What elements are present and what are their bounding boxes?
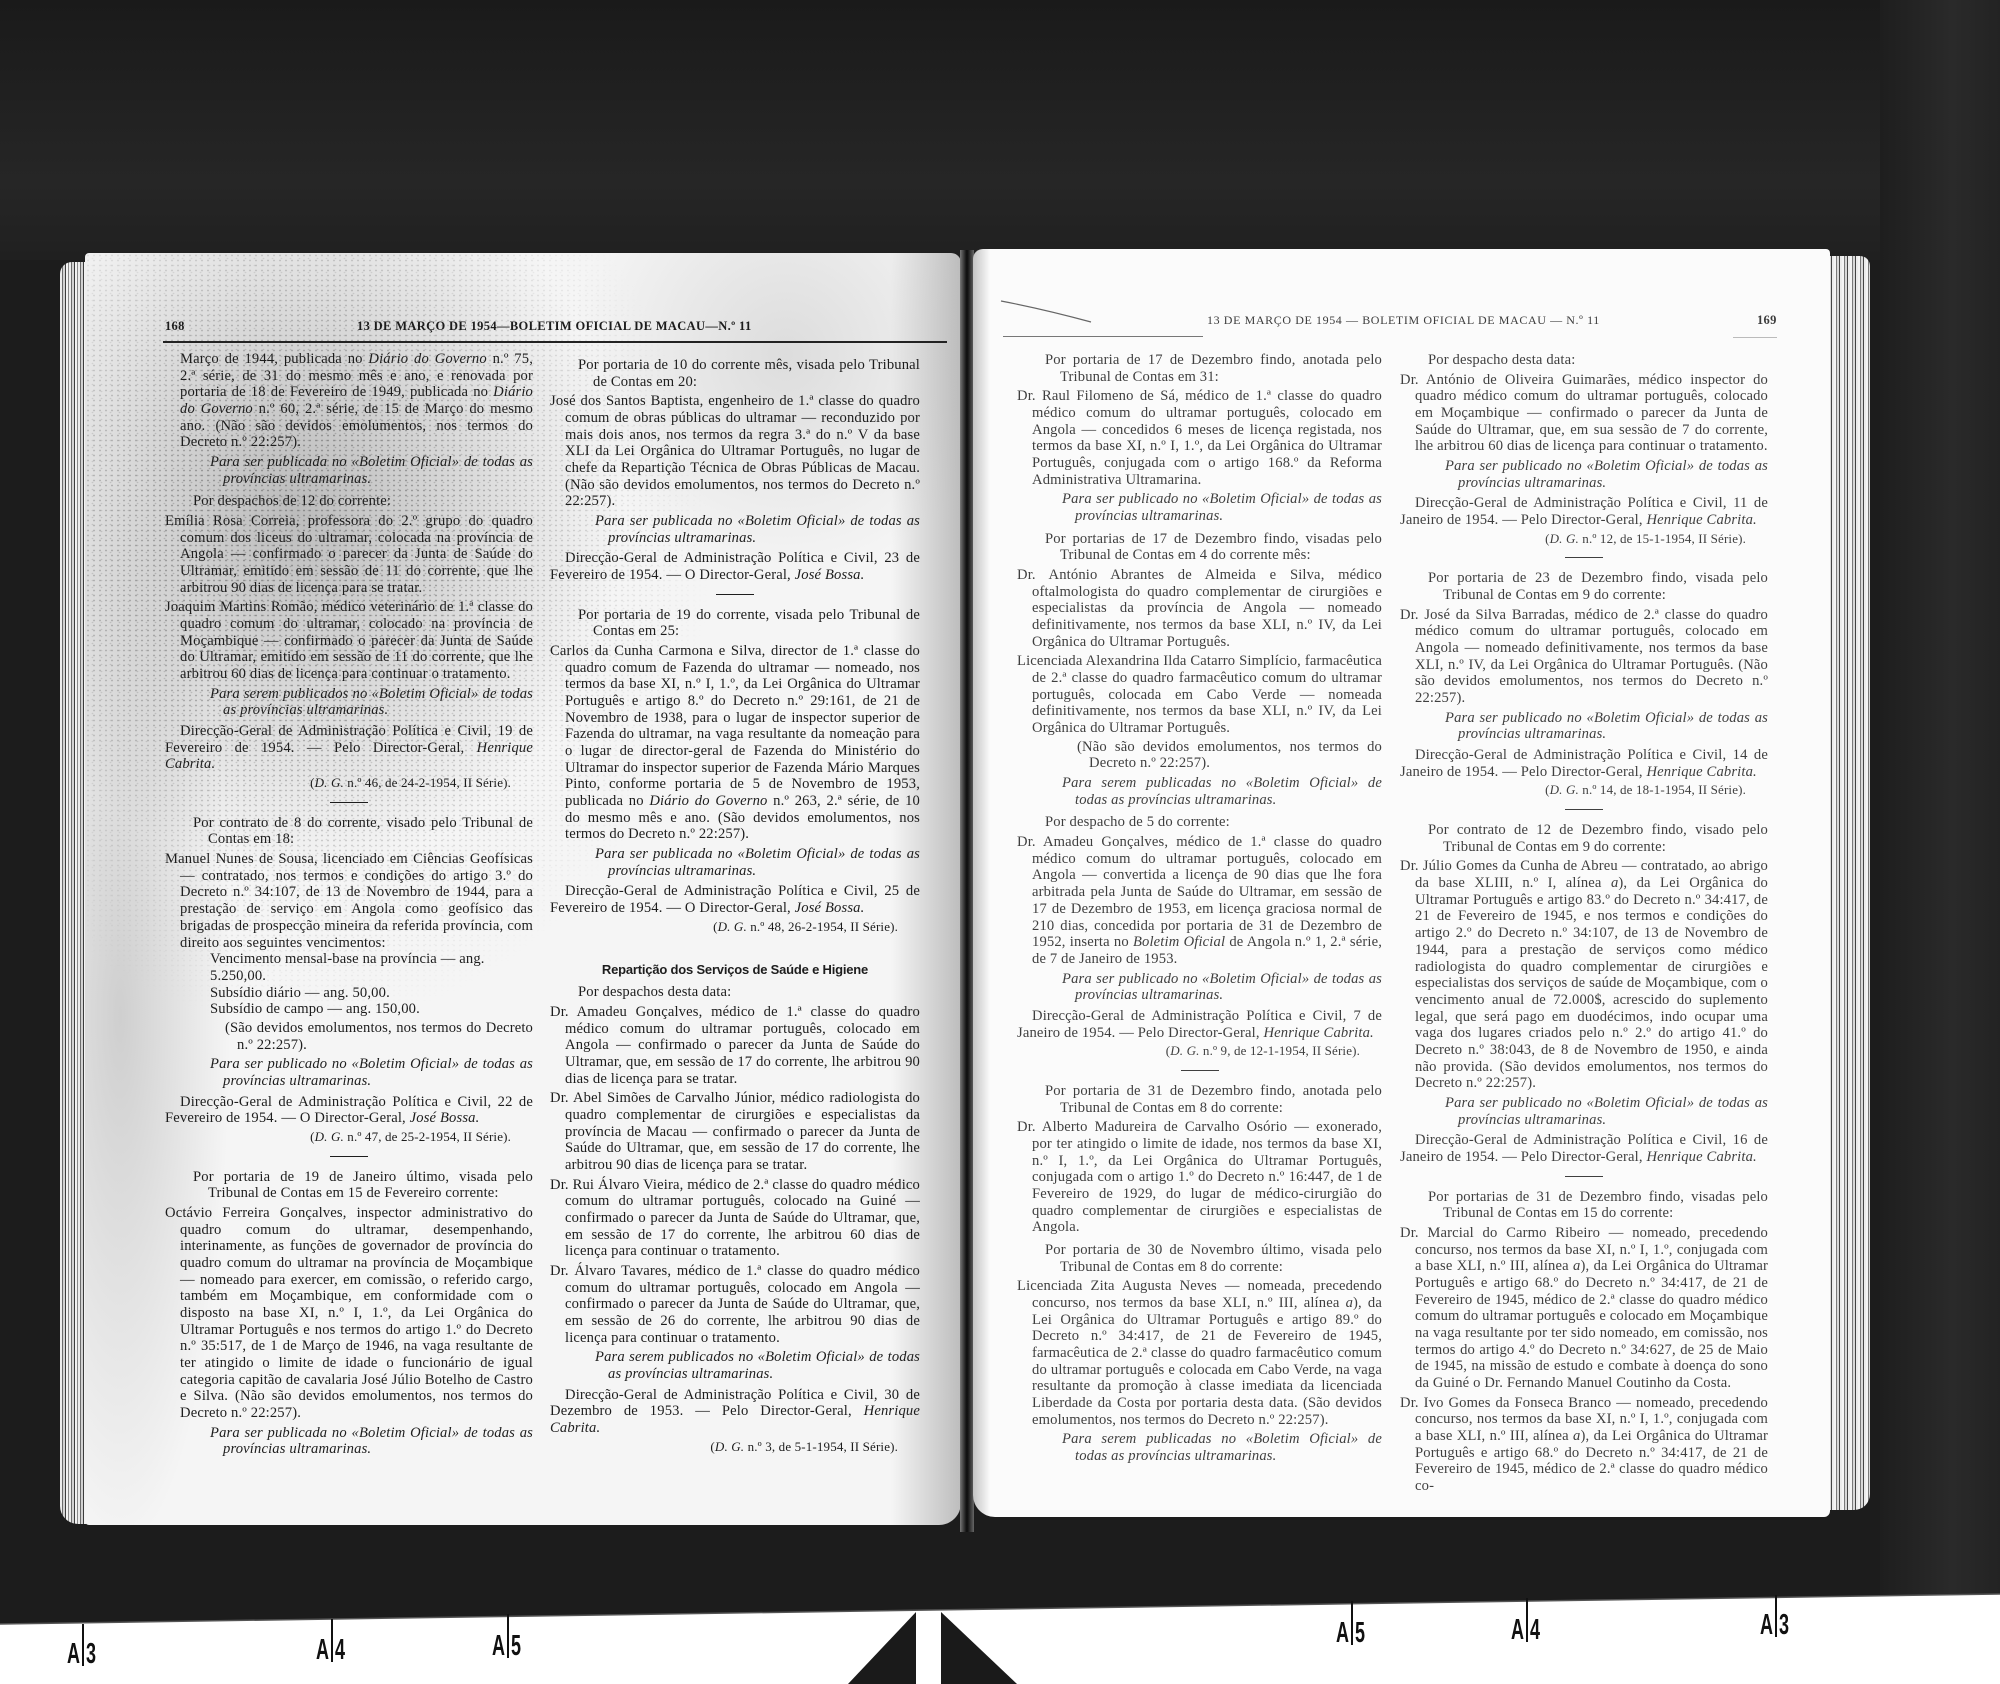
section-divider — [1565, 809, 1603, 810]
section-divider — [330, 802, 368, 803]
publication-note: Para serem publicadas no «Boletim Oficia… — [1017, 1431, 1382, 1464]
marker-tick — [1351, 1601, 1353, 1645]
publication-note: Para serem publicados no «Boletim Oficia… — [165, 686, 533, 719]
marker-letter: A — [1511, 1616, 1524, 1645]
emoluments-note: (Não são devidos emolumentos, nos termos… — [1017, 739, 1382, 772]
gazette-reference: (D. G. n.º 14, de 18-1-1954, II Série). — [1400, 782, 1768, 799]
signature-line: Direcção-Geral de Administração Política… — [1400, 747, 1768, 780]
marker-letter: A — [1760, 1611, 1773, 1640]
text-run: n.º 9, de 12-1-1954, II Série). — [1200, 1043, 1360, 1058]
marker-tick — [1775, 1595, 1777, 1637]
dispatch-intro: Por portarias de 17 de Dezembro findo, v… — [1017, 531, 1382, 564]
publication-note: Para serem publicadas no «Boletim Oficia… — [1017, 775, 1382, 808]
italic-run: Henrique Cabrita. — [1263, 1025, 1373, 1041]
italic-run: D. G. — [1170, 1043, 1199, 1058]
signature-line: Direcção-Geral de Administração Política… — [550, 1387, 920, 1437]
marker-tick — [331, 1619, 333, 1662]
dispatch-intro: Por despacho desta data: — [1400, 352, 1768, 369]
publication-note: Para ser publicado no «Boletim Oficial» … — [1017, 491, 1382, 524]
text-column-2: Por despacho desta data:Dr. António de O… — [1400, 346, 1768, 1495]
appointment-entry: Licenciada Zita Augusta Neves — nomeada,… — [1017, 1278, 1382, 1428]
publication-note: Para ser publicado no «Boletim Oficial» … — [1400, 458, 1768, 491]
dispatch-intro: Por portaria de 23 de Dezembro findo, vi… — [1400, 570, 1768, 603]
section-heading: Repartição dos Serviços de Saúde e Higie… — [550, 962, 920, 979]
italic-run: a — [1573, 1258, 1580, 1274]
dispatch-intro: Por portaria de 31 de Dezembro findo, an… — [1017, 1083, 1382, 1116]
italic-run: José Bossa. — [795, 567, 865, 583]
dispatch-intro: Por portaria de 17 de Dezembro findo, an… — [1017, 352, 1382, 385]
marker-number: 4 — [1530, 1616, 1540, 1645]
marker-number: 3 — [86, 1640, 96, 1669]
marker-number: 3 — [1779, 1611, 1789, 1640]
appointment-entry: Dr. Abel Simões de Carvalho Júnior, médi… — [550, 1090, 920, 1173]
marker-number: 5 — [511, 1632, 521, 1661]
section-divider — [1565, 557, 1603, 558]
marker-letter: A — [492, 1632, 505, 1661]
publication-note: Para ser publicada no «Boletim Oficial» … — [550, 513, 920, 546]
dispatch-intro: Por despachos desta data: — [550, 984, 920, 1001]
italic-run: D. G. — [1550, 531, 1579, 546]
gazette-reference: (D. G. n.º 48, 26-2-1954, II Série). — [550, 919, 920, 936]
appointment-entry: Manuel Nunes de Sousa, licenciado em Ciê… — [165, 851, 533, 951]
italic-run: D. G. — [718, 919, 747, 934]
text-run: ), da Lei Orgânica do Ultramar Português… — [1032, 1295, 1382, 1428]
appointment-entry: Dr. Alberto Madureira de Carvalho Osório… — [1017, 1119, 1382, 1236]
dispatch-intro: Por despacho de 5 do corrente: — [1017, 814, 1382, 831]
dispatch-intro: Por portaria de 19 do corrente, visada p… — [550, 607, 920, 640]
text-run: Carlos da Cunha Carmona e Silva, directo… — [550, 643, 920, 809]
stacked-page-edges-right — [1826, 256, 1870, 1510]
left-page: 168 13 DE MARÇO DE 1954—BOLETIM OFICIAL … — [85, 253, 961, 1525]
section-divider — [716, 594, 754, 595]
text-column-1: Março de 1944, publicada no Diário do Go… — [165, 351, 533, 1462]
text-run: n.º 46, de 24-2-1954, II Série). — [344, 775, 511, 790]
italic-run: Henrique Cabrita. — [1646, 512, 1756, 528]
appointment-entry: Emília Rosa Correia, professora do 2.º g… — [165, 513, 533, 596]
marker-tick — [82, 1624, 84, 1666]
header-rule-fragment — [1733, 337, 1777, 338]
italic-run: D. G. — [715, 1439, 744, 1454]
marker-letter: A — [67, 1640, 80, 1669]
italic-run: Diário do Governo — [649, 793, 767, 809]
appointment-entry: Octávio Ferreira Gonçalves, inspector ad… — [165, 1205, 533, 1422]
signature-line: Direcção-Geral de Administração Política… — [1400, 495, 1768, 528]
salary-line: Subsídio diário — ang. 50,00. — [165, 985, 533, 1002]
appointment-entry: Dr. Ivo Gomes da Fonseca Branco — nomead… — [1400, 1395, 1768, 1495]
dispatch-intro: Por portarias de 31 de Dezembro findo, v… — [1400, 1189, 1768, 1222]
publication-note: Para ser publicada no «Boletim Oficial» … — [550, 846, 920, 879]
marker-letter: A — [316, 1636, 329, 1665]
right-page: 13 DE MARÇO DE 1954 — BOLETIM OFICIAL DE… — [973, 249, 1830, 1517]
italic-run: José Bossa. — [795, 900, 865, 916]
appointment-entry: Dr. Júlio Gomes da Cunha de Abreu — cont… — [1400, 858, 1768, 1091]
text-run: n.º 14, de 18-1-1954, II Série). — [1579, 782, 1746, 797]
signature-line: Direcção-Geral de Administração Política… — [1400, 1132, 1768, 1165]
marker-number: 4 — [335, 1636, 345, 1665]
section-divider — [330, 1156, 368, 1157]
text-run: n.º 47, de 25-2-1954, II Série). — [344, 1129, 511, 1144]
marker-tick — [507, 1614, 509, 1658]
appointment-entry: Dr. Amadeu Gonçalves, médico de 1.ª clas… — [550, 1004, 920, 1087]
publication-note: Para ser publicado no «Boletim Oficial» … — [165, 1056, 533, 1089]
appointment-entry: Dr. António Abrantes de Almeida e Silva,… — [1017, 567, 1382, 650]
gazette-reference: (D. G. n.º 47, de 25-2-1954, II Série). — [165, 1129, 533, 1146]
salary-line: Subsídio de campo — ang. 150,00. — [165, 1001, 533, 1018]
film-strip-edge — [0, 1580, 2000, 1684]
salary-line: Vencimento mensal-base na província — an… — [165, 951, 533, 984]
appointment-entry: Dr. Raul Filomeno de Sá, médico de 1.ª c… — [1017, 388, 1382, 488]
publication-note: Para ser publicada no «Boletim Oficial» … — [165, 454, 533, 487]
appointment-entry: Dr. Rui Álvaro Vieira, médico de 2.ª cla… — [550, 1177, 920, 1260]
signature-line: Direcção-Geral de Administração Política… — [165, 1094, 533, 1127]
dispatch-intro: Por portaria de 19 de Janeiro último, vi… — [165, 1169, 533, 1202]
running-head: 13 DE MARÇO DE 1954—BOLETIM OFICIAL DE M… — [357, 319, 752, 334]
gazette-reference: (D. G. n.º 12, de 15-1-1954, II Série). — [1400, 531, 1768, 548]
appointment-entry: Dr. Marcial do Carmo Ribeiro — nomeado, … — [1400, 1225, 1768, 1392]
dispatch-intro: Por portaria de 10 do corrente mês, visa… — [550, 357, 920, 390]
film-marker: A3 — [53, 1624, 113, 1666]
appointment-entry: Joaquim Martins Romão, médico veterinári… — [165, 599, 533, 682]
emoluments-note: (São devidos emolumentos, nos termos do … — [165, 1020, 533, 1053]
appointment-entry: Dr. José da Silva Barradas, médico de 2.… — [1400, 607, 1768, 707]
italic-run: D. G. — [315, 775, 344, 790]
appointment-entry: Dr. Álvaro Tavares, médico de 1.ª classe… — [550, 1263, 920, 1346]
text-run: ), da Lei Orgânica do Ultramar Português… — [1415, 1258, 1768, 1391]
text-run: Dr. Amadeu Gonçalves, médico de 1.ª clas… — [1017, 834, 1382, 950]
italic-run: José Bossa. — [410, 1110, 480, 1126]
text-run: Direcção-Geral de Administração Política… — [550, 883, 920, 916]
signature-line: Direcção-Geral de Administração Política… — [1017, 1008, 1382, 1041]
header-rule — [163, 341, 947, 343]
italic-run: Henrique Cabrita. — [1646, 764, 1756, 780]
section-divider — [1565, 1176, 1603, 1177]
dispatch-intro: Por contrato de 8 do corrente, visado pe… — [165, 815, 533, 848]
italic-run: Henrique Cabrita. — [1646, 1149, 1756, 1165]
film-background-top — [0, 0, 2000, 260]
gazette-reference: (D. G. n.º 46, de 24-2-1954, II Série). — [165, 775, 533, 792]
header-rule — [1003, 336, 1203, 337]
marker-number: 5 — [1355, 1619, 1365, 1648]
appointment-entry: Dr. Amadeu Gonçalves, médico de 1.ª clas… — [1017, 834, 1382, 967]
text-run: n.º 3, de 5-1-1954, II Série). — [744, 1439, 898, 1454]
signature-line: Direcção-Geral de Administração Política… — [550, 883, 920, 916]
dispatch-intro: Por contrato de 12 de Dezembro findo, vi… — [1400, 822, 1768, 855]
running-head: 13 DE MARÇO DE 1954 — BOLETIM OFICIAL DE… — [1207, 313, 1600, 328]
film-marker: A4 — [302, 1619, 362, 1662]
publication-note: Para ser publicado no «Boletim Oficial» … — [1400, 1095, 1768, 1128]
film-marker: A3 — [1746, 1595, 1806, 1637]
text-run: Direcção-Geral de Administração Política… — [550, 550, 920, 583]
marker-tick — [1526, 1598, 1528, 1642]
italic-run: Boletim Oficial — [1133, 934, 1225, 950]
appointment-entry: José dos Santos Baptista, engenheiro de … — [550, 393, 920, 510]
film-marker: A5 — [1322, 1601, 1382, 1645]
appointment-entry: Dr. António de Oliveira Guimarães, médic… — [1400, 372, 1768, 455]
publication-note: Para ser publicada no «Boletim Oficial» … — [165, 1425, 533, 1458]
film-background-right — [1880, 0, 2000, 1600]
publication-note: Para serem publicados no «Boletim Oficia… — [550, 1349, 920, 1382]
gazette-reference: (D. G. n.º 3, de 5-1-1954, II Série). — [550, 1439, 920, 1456]
section-divider — [1181, 1070, 1219, 1071]
text-run: n.º 12, de 15-1-1954, II Série). — [1579, 531, 1746, 546]
page-number: 169 — [1757, 313, 1777, 328]
text-run: Licenciada Zita Augusta Neves — nomeada,… — [1017, 1278, 1382, 1311]
italic-run: a — [1346, 1295, 1353, 1311]
signature-line: Direcção-Geral de Administração Política… — [550, 550, 920, 583]
marker-letter: A — [1336, 1619, 1349, 1648]
film-marker: A4 — [1497, 1598, 1557, 1642]
signature-line: Direcção-Geral de Administração Política… — [165, 723, 533, 773]
text-column-2: Por portaria de 10 do corrente mês, visa… — [550, 351, 920, 1455]
page-number: 168 — [165, 319, 185, 334]
italic-run: a — [1573, 1428, 1580, 1444]
continued-paragraph: Março de 1944, publicada no Diário do Go… — [165, 351, 533, 451]
dispatch-intro: Por despachos de 12 do corrente: — [165, 493, 533, 510]
publication-note: Para ser publicado no «Boletim Oficial» … — [1017, 971, 1382, 1004]
appointment-entry: Carlos da Cunha Carmona e Silva, directo… — [550, 643, 920, 843]
scan-artifact-line — [973, 249, 1173, 349]
appointment-entry: Licenciada Alexandrina Ilda Catarro Simp… — [1017, 653, 1382, 736]
italic-run: Diário do Governo — [368, 351, 486, 367]
publication-note: Para ser publicado no «Boletim Oficial» … — [1400, 710, 1768, 743]
italic-run: D. G. — [315, 1129, 344, 1144]
film-marker: A5 — [478, 1614, 538, 1658]
book-gutter — [960, 250, 974, 1532]
gazette-reference: (D. G. n.º 9, de 12-1-1954, II Série). — [1017, 1043, 1382, 1060]
text-column-1: Por portaria de 17 de Dezembro findo, an… — [1017, 346, 1382, 1469]
italic-run: D. G. — [1550, 782, 1579, 797]
text-run: ), da Lei Orgânica do Ultramar Português… — [1415, 875, 1768, 1091]
text-run: Março de 1944, publicada no — [180, 351, 368, 367]
dispatch-intro: Por portaria de 30 de Novembro último, v… — [1017, 1242, 1382, 1275]
text-run: n.º 48, 26-2-1954, II Série). — [747, 919, 898, 934]
